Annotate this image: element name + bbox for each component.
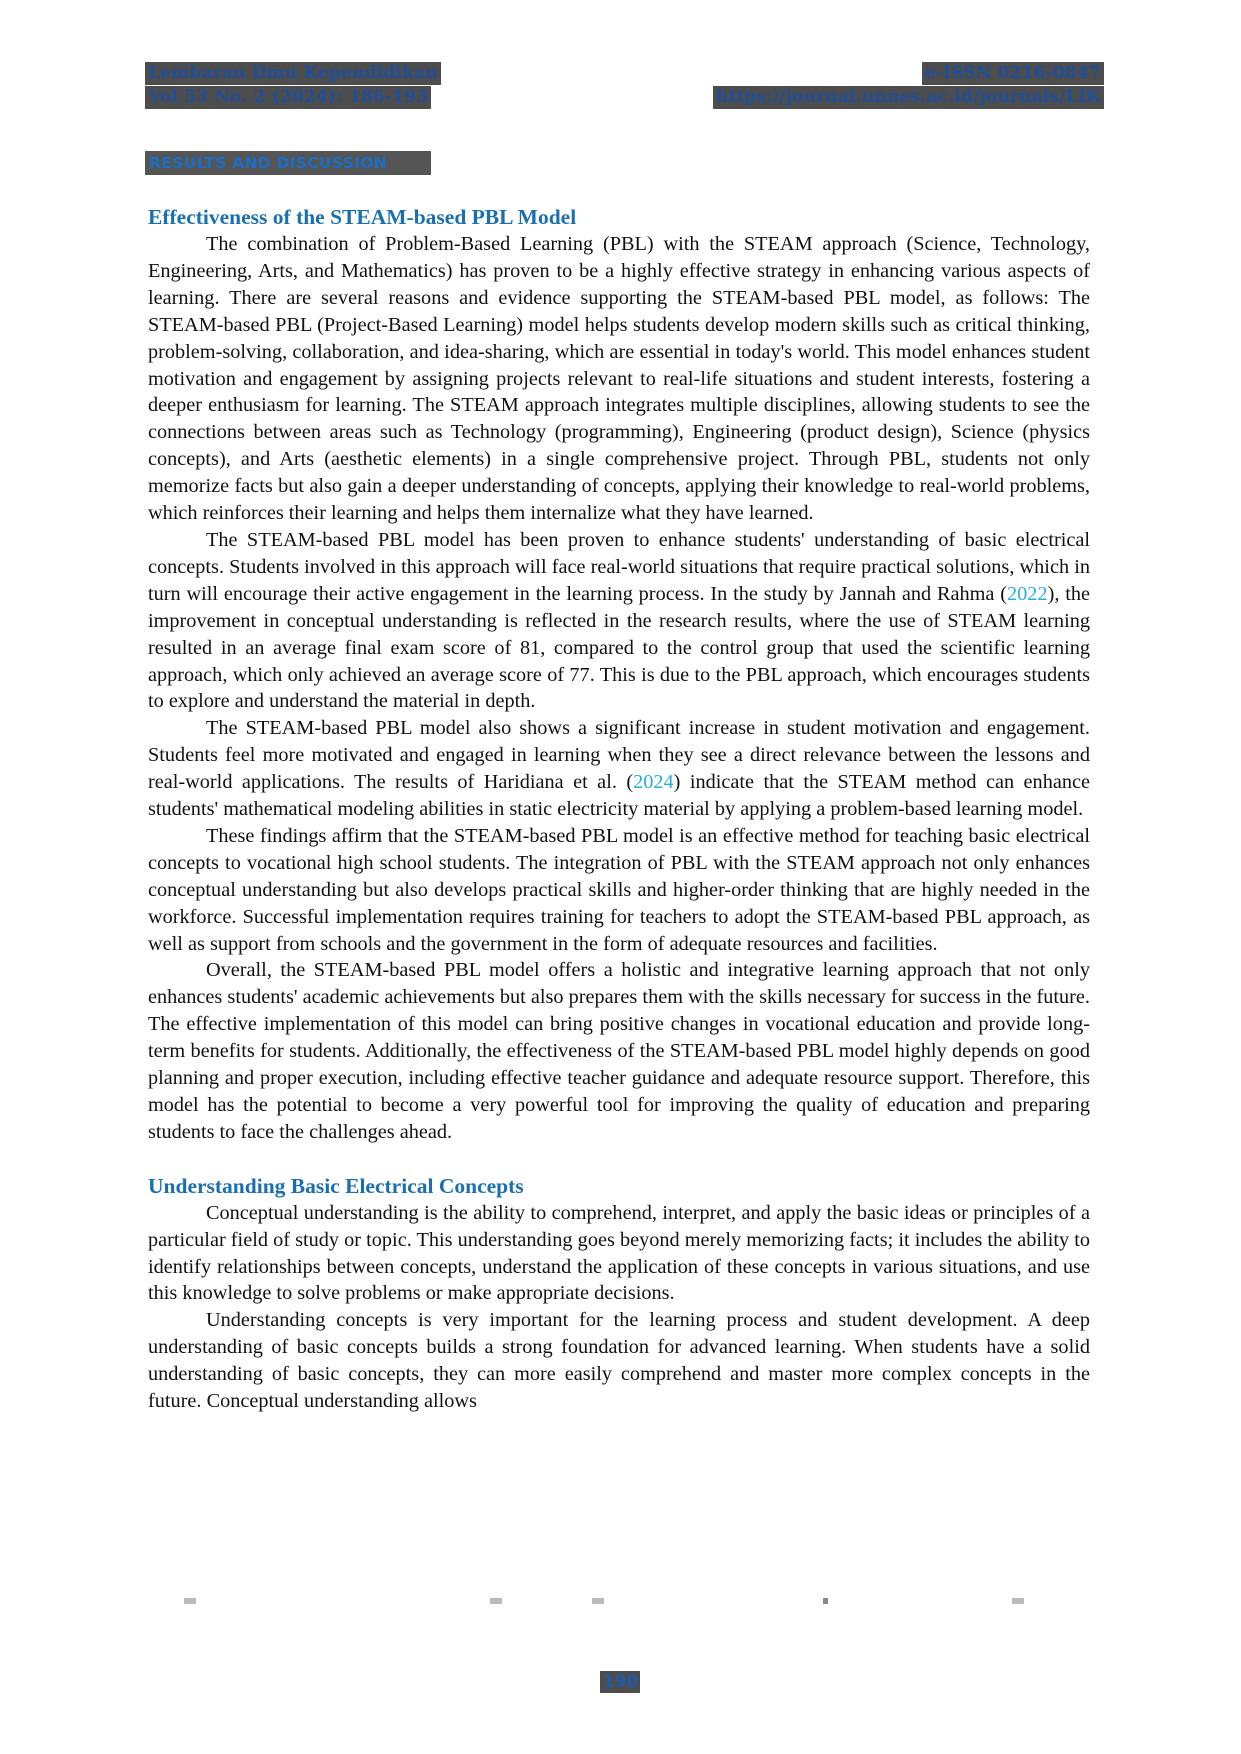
artifact-mark [592,1598,604,1604]
citation-link[interactable]: 2024 [633,771,674,793]
section-tag: RESULTS AND DISCUSSION [145,151,431,175]
artifact-mark [1012,1598,1024,1604]
running-header-left: Lembaran Ilmu Kependidikan Vol 53 No. 2 … [145,62,441,110]
spacer [148,1146,1090,1173]
paragraph: The STEAM-based PBL model has been prove… [148,527,1090,715]
page-number: 190 [600,1671,640,1693]
artifact-mark [490,1598,502,1604]
paper-page: Lembaran Ilmu Kependidikan Vol 53 No. 2 … [0,0,1241,1754]
body-content: Effectiveness of the STEAM-based PBL Mod… [148,204,1090,1415]
issn: e-ISSN 0216-0847 [922,62,1104,85]
paragraph: The combination of Problem-Based Learnin… [148,231,1090,527]
paragraph-text: The STEAM-based PBL model has been prove… [148,529,1090,605]
paragraph: Understanding concepts is very important… [148,1307,1090,1415]
artifact-mark [184,1598,196,1604]
journal-name: Lembaran Ilmu Kependidikan [145,62,441,85]
section-heading: Effectiveness of the STEAM-based PBL Mod… [148,204,1090,231]
running-header-right: e-ISSN 0216-0847 https://journal.unnes.a… [713,62,1104,110]
citation-link[interactable]: 2022 [1007,583,1048,605]
volume-issue: Vol 53 No. 2 (2024): 186-193 [145,86,431,109]
scan-artifacts [0,1598,1241,1606]
paragraph: Conceptual understanding is the ability … [148,1200,1090,1308]
paragraph: These findings affirm that the STEAM-bas… [148,823,1090,958]
artifact-mark [823,1598,828,1604]
paragraph: The STEAM-based PBL model also shows a s… [148,715,1090,823]
paragraph: Overall, the STEAM-based PBL model offer… [148,957,1090,1145]
section-heading: Understanding Basic Electrical Concepts [148,1173,1090,1200]
journal-url[interactable]: https://journal.unnes.ac.id/journals/LIK [713,86,1104,109]
